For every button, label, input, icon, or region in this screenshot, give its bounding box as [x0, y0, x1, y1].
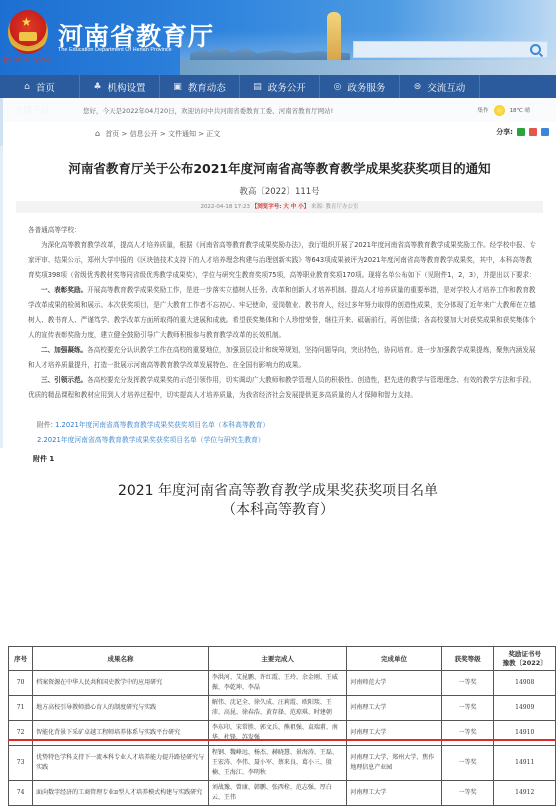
- cell-cert: 14909: [494, 696, 556, 721]
- cell-no: 71: [9, 696, 33, 721]
- cell-cert: 14910: [494, 721, 556, 746]
- weibo-share-icon[interactable]: [529, 128, 537, 136]
- site-logo-subtitle: The Education Department Of Henan Provin…: [58, 47, 172, 53]
- cell-authors: 李东印、宋常胜、郭文兵、熊祖强、袁瑞甫、南华、杜锋、苏发强: [208, 721, 346, 746]
- cell-authors: 程钢、魏峰远、杨杰、赫晓慧、景海涛、王磊、王宏涛、李伟、聂小军、蔡来良、葛小三、…: [208, 746, 346, 781]
- nav-item-disclosure[interactable]: ▤政务公开: [240, 75, 320, 98]
- breadcrumb-bar: ⌂ 首页 > 信息公开 > 文件通知 > 正文 分享:: [0, 122, 556, 146]
- breadcrumb: ⌂ 首页 > 信息公开 > 文件通知 > 正文: [95, 129, 220, 139]
- cell-level: 一等奖: [441, 746, 494, 781]
- cell-cert: 14908: [494, 671, 556, 696]
- article-body: 各普通高等学校： 为深化高等教育教学改革，提高人才培养质量，根据《河南省高等教育…: [13, 223, 546, 403]
- nav-spacer: [480, 75, 556, 98]
- share-label: 分享:: [496, 127, 513, 137]
- table-header-row: 序号 成果名称 主要完成人 完成单位 获奖等级 奖励证书号 豫教〔2022〕: [9, 647, 556, 671]
- col-header-level: 获奖等级: [441, 647, 494, 671]
- cell-cert: 14912: [494, 781, 556, 804]
- cell-no: 70: [9, 671, 33, 696]
- section-paragraph: 三、引领示范。各高校要充分发挥教学成果奖的示范引领作用，切实调动广大教师和教学管…: [28, 373, 538, 403]
- info-bar: 专题子站 您好，今天是2022年04月20日，欢迎访问中共河南省委教育工委、河南…: [0, 98, 556, 122]
- cell-no: 73: [9, 746, 33, 781]
- table-row: 72 智能化背景下采矿卓越工程师培养体系与实践平台研究 李东印、宋常胜、郭文兵、…: [9, 721, 556, 746]
- nav-item-interaction[interactable]: ⊜交流互动: [400, 75, 480, 98]
- site-url: jyt.henan.gov.cn: [4, 56, 54, 63]
- tower-image: [327, 12, 341, 60]
- attachment-number: 附件 1: [0, 454, 556, 464]
- cell-no: 72: [9, 721, 33, 746]
- attachment-title: 2021 年度河南省高等教育教学成果奖获奖项目名单: [0, 482, 556, 500]
- breadcrumb-home[interactable]: 首页: [105, 130, 119, 138]
- section-text: 开展高等教育教学成果奖励工作，是进一步落实立德树人任务、改革和创新人才培养机制、…: [28, 286, 536, 339]
- cell-name: 地方高校引导教师潜心育人的制度研究与实践: [33, 696, 209, 721]
- col-header-name: 成果名称: [33, 647, 209, 671]
- nav-item-home[interactable]: ⌂首页: [0, 75, 80, 98]
- breadcrumb-separator: >: [158, 130, 168, 138]
- cell-unit: 河南理工大学: [347, 721, 441, 746]
- wechat-share-icon[interactable]: [517, 128, 525, 136]
- home-icon: ⌂: [24, 82, 30, 92]
- cell-level: 一等奖: [441, 721, 494, 746]
- home-icon: ⌂: [95, 129, 100, 138]
- breadcrumb-notices[interactable]: 文件通知: [168, 130, 196, 138]
- nav-label: 政务公开: [268, 80, 306, 94]
- cell-name: 面向数字经济的工商管理专业π型人才培养模式构建与实践研究: [33, 781, 209, 804]
- col-header-cert: 奖励证书号 豫教〔2022〕: [494, 647, 556, 671]
- section-heading: 三、引领示范。: [41, 376, 87, 384]
- attachment-link-1[interactable]: 1.2021年度河南省高等教育教学成果奖获奖项目名单（本科高等教育）: [55, 421, 269, 429]
- article-title: 河南省教育厅关于公布2021年度河南省高等教育教学成果奖获奖项目的通知: [13, 146, 546, 177]
- table-row: 73 优势特色学科支持下一流本科专业人才培养能力提升路径研究与实践 程钢、魏峰远…: [9, 746, 556, 781]
- nav-label: 机构设置: [108, 80, 146, 94]
- cell-authors: 刘战豫、曾康、韩鹏、张西栓、范志强、厚白云、王伟: [208, 781, 346, 804]
- awards-table: 序号 成果名称 主要完成人 完成单位 获奖等级 奖励证书号 豫教〔2022〕 7…: [8, 646, 556, 803]
- attachments-label: 附件:: [37, 421, 53, 429]
- table-row: 71 地方高校引导教师潜心育人的制度研究与实践 解伟、沈记全、徐久成、汪莉霞、欧…: [9, 696, 556, 721]
- cell-no: 74: [9, 781, 33, 804]
- search-icon[interactable]: [530, 44, 541, 55]
- nav-item-org[interactable]: ♣机构设置: [80, 75, 160, 98]
- section-text: 各高校要充分发挥教学成果奖的示范引领作用，切实调动广大教师和教学管理人员的积极性…: [28, 376, 536, 399]
- attachment-subtitle: （本科高等教育）: [0, 500, 556, 520]
- section-heading: 二、加强凝练。: [41, 346, 87, 354]
- nav-label: 交流互动: [427, 80, 465, 94]
- cell-unit: 河南师范大学: [347, 671, 441, 696]
- weather-widget: 集作 18℃ 晴: [478, 105, 556, 116]
- nav-label: 政务服务: [347, 80, 385, 94]
- share-bar: 分享:: [496, 127, 549, 137]
- section-heading: 一、表彰奖励。: [41, 286, 87, 294]
- breadcrumb-separator: >: [119, 130, 129, 138]
- weather-temp: 18℃ 晴: [510, 106, 530, 114]
- weather-city: 集作: [478, 106, 489, 114]
- topic-sites-link[interactable]: 专题子站: [3, 104, 75, 116]
- attachment-document: 附件 1 2021 年度河南省高等教育教学成果奖获奖项目名单 （本科高等教育）: [0, 454, 556, 520]
- cell-unit: 河南理工大学: [347, 781, 441, 804]
- qq-share-icon[interactable]: [541, 128, 549, 136]
- service-icon: ◎: [334, 82, 342, 92]
- intro-paragraph: 为深化高等教育教学改革，提高人才培养质量，根据《河南省高等教育教学成果奖励办法》…: [28, 238, 538, 283]
- national-emblem-icon[interactable]: ★: [8, 10, 48, 54]
- main-nav: ⌂首页 ♣机构设置 ▣教育动态 ▤政务公开 ◎政务服务 ⊜交流互动: [0, 75, 556, 98]
- breadcrumb-info[interactable]: 信息公开: [130, 130, 158, 138]
- article-content: 河南省教育厅关于公布2021年度河南省高等教育教学成果奖获奖项目的通知 教高〔2…: [0, 146, 556, 448]
- cell-cert: 14911: [494, 746, 556, 781]
- cell-name: 优势特色学科支持下一流本科专业人才培养能力提升路径研究与实践: [33, 746, 209, 781]
- breadcrumb-separator: >: [196, 130, 206, 138]
- cell-level: 一等奖: [441, 671, 494, 696]
- font-size-selector[interactable]: 【浏览字号: 大 中 小】: [252, 204, 309, 210]
- section-text: 各高校要充分认识教学工作在高校的重要地位，加强顶层设计和统筹规划，坚持问题导向，…: [28, 346, 536, 369]
- section-paragraph: 二、加强凝练。各高校要充分认识教学工作在高校的重要地位，加强顶层设计和统筹规划，…: [28, 343, 538, 373]
- chat-icon: ⊜: [414, 82, 422, 92]
- news-icon: ▣: [173, 82, 182, 92]
- cell-authors: 解伟、沈记全、徐久成、汪莉霞、欧阳琰、王沛、高昆、徐春浩、黄存择、范琼琪、时建朝: [208, 696, 346, 721]
- col-header-unit: 完成单位: [347, 647, 441, 671]
- search-input[interactable]: [353, 41, 548, 58]
- article-meta: 2022-04-18 17:23 【浏览字号: 大 中 小】 来源: 教育厅办公…: [16, 201, 543, 213]
- table-row: 70 档案资源在中华人民共和国史教学中的应用研究 李洪河、艾昆鹏、许红霞、王玲、…: [9, 671, 556, 696]
- cell-name: 档案资源在中华人民共和国史教学中的应用研究: [33, 671, 209, 696]
- nav-label: 首页: [36, 80, 55, 94]
- nav-label: 教育动态: [188, 80, 226, 94]
- header-banner-water: [180, 60, 556, 75]
- table-row: 74 面向数字经济的工商管理专业π型人才培养模式构建与实践研究 刘战豫、曾康、韩…: [9, 781, 556, 804]
- highlight-underline: [8, 739, 556, 741]
- sun-icon: [494, 105, 505, 116]
- publish-date: 2022-04-18 17:23: [200, 204, 250, 210]
- cell-name: 智能化背景下采矿卓越工程师培养体系与实践平台研究: [33, 721, 209, 746]
- breadcrumb-current: 正文: [206, 130, 220, 138]
- attachments: 附件: 1.2021年度河南省高等教育教学成果奖获奖项目名单（本科高等教育） 2…: [13, 418, 546, 448]
- nav-item-services[interactable]: ◎政务服务: [320, 75, 400, 98]
- col-header-authors: 主要完成人: [208, 647, 346, 671]
- welcome-text: 您好，今天是2022年04月20日，欢迎访问中共河南省委教育工委、河南省教育厅网…: [75, 106, 478, 115]
- site-header: ★ jyt.henan.gov.cn 河南省教育厅 The Education …: [0, 0, 556, 75]
- cell-level: 一等奖: [441, 781, 494, 804]
- org-icon: ♣: [93, 82, 101, 92]
- salutation: 各普通高等学校：: [28, 223, 538, 238]
- attachment-link-2[interactable]: 2.2021年度河南省高等教育教学成果奖获奖项目名单（学位与研究生教育）: [37, 436, 265, 444]
- cell-level: 一等奖: [441, 696, 494, 721]
- cell-unit: 河南理工大学、郑州大学、焦作地理信息产业园: [347, 746, 441, 781]
- col-header-no: 序号: [9, 647, 33, 671]
- doc-icon: ▤: [253, 82, 262, 92]
- cell-authors: 李洪河、艾昆鹏、许红霞、王玲、余金刚、王威振、李乾坤、李晶: [208, 671, 346, 696]
- nav-item-news[interactable]: ▣教育动态: [160, 75, 240, 98]
- section-paragraph: 一、表彰奖励。开展高等教育教学成果奖励工作，是进一步落实立德树人任务、改革和创新…: [28, 283, 538, 343]
- article-source: 来源: 教育厅办公室: [311, 204, 359, 210]
- document-number: 教高〔2022〕111号: [13, 185, 546, 197]
- cell-unit: 河南理工大学: [347, 696, 441, 721]
